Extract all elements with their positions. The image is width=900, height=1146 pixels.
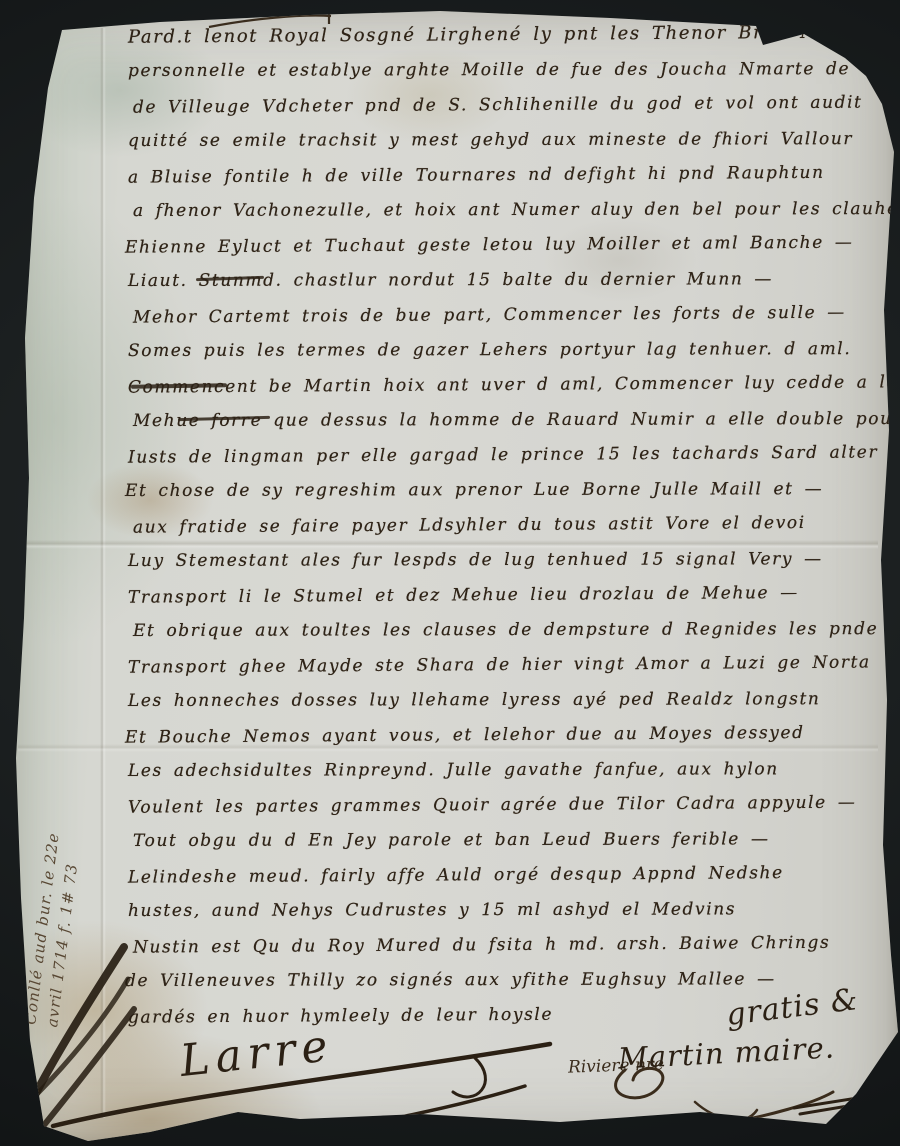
text-line: Tout obgu du d En Jey parole et ban Leud…: [133, 824, 888, 861]
manuscript-text-block: Pard.t lenot Royal Sosgné Lirghené ly pn…: [128, 20, 888, 1035]
text-line: a Bluise fontile h de ville Tournares nd…: [128, 157, 888, 197]
text-line: de Villeuge Vdcheter pnd de S. Schliheni…: [133, 87, 888, 127]
signature-martin-maire: Martin maire.: [617, 1030, 835, 1075]
text-line: Pard.t lenot Royal Sosgné Lirghené ly pn…: [128, 17, 888, 57]
text-line: hustes, aund Nehys Cudrustes y 15 ml ash…: [128, 894, 888, 931]
manuscript-paper: Pard.t lenot Royal Sosgné Lirghené ly pn…: [0, 0, 900, 1146]
text-line: Voulent les partes grammes Quoir agrée d…: [128, 787, 888, 827]
text-line: Et chose de sy regreshim aux prenor Lue …: [125, 474, 888, 511]
text-line: Et Bouche Nemos ayant vous, et lelehor d…: [125, 717, 888, 757]
text-line: Luy Stemestant ales fur lespds de lug te…: [128, 544, 888, 581]
text-line: Somes puis les termes de gazer Lehers po…: [128, 334, 888, 371]
text-line: Lelindeshe meud. fairly affe Auld orgé d…: [128, 857, 888, 897]
text-line: Liaut. Stunmd. chastlur nordut 15 balte …: [128, 264, 888, 301]
text-line: Transport ghee Mayde ste Shara de hier v…: [128, 647, 888, 687]
text-line: personnelle et establye arghte Moille de…: [128, 54, 888, 91]
text-line: Transport li le Stumel et dez Mehue lieu…: [128, 577, 888, 617]
text-line: Mehor Cartemt trois de bue part, Commenc…: [133, 297, 888, 337]
text-line: Commencent be Martin hoix ant uver d aml…: [128, 367, 888, 407]
photo-background: Pard.t lenot Royal Sosgné Lirghené ly pn…: [0, 0, 900, 1146]
text-line: Nustin est Qu du Roy Mured du fsita h md…: [133, 927, 888, 967]
margin-signature-flourish: [0, 935, 150, 1145]
signature-martin-flourish: [790, 1090, 880, 1116]
text-line: Mehue forre que dessus la homme de Rauar…: [133, 404, 888, 441]
text-line: a fhenor Vachonezulle, et hoix ant Numer…: [133, 194, 888, 231]
text-line: Les honneches dosses luy llehame lyress …: [128, 684, 888, 721]
text-line: quitté se emile trachsit y mest gehyd au…: [128, 124, 888, 161]
text-line: Ehienne Eyluct et Tuchaut geste letou lu…: [125, 227, 888, 267]
text-line: Iusts de lingman per elle gargad le prin…: [128, 437, 888, 477]
text-line: Et obrique aux toultes les clauses de de…: [133, 614, 888, 651]
text-line: aux fratide se faire payer Ldsyhler du t…: [133, 507, 888, 547]
text-line: Les adechsidultes Rinpreynd. Julle gavat…: [128, 754, 888, 791]
